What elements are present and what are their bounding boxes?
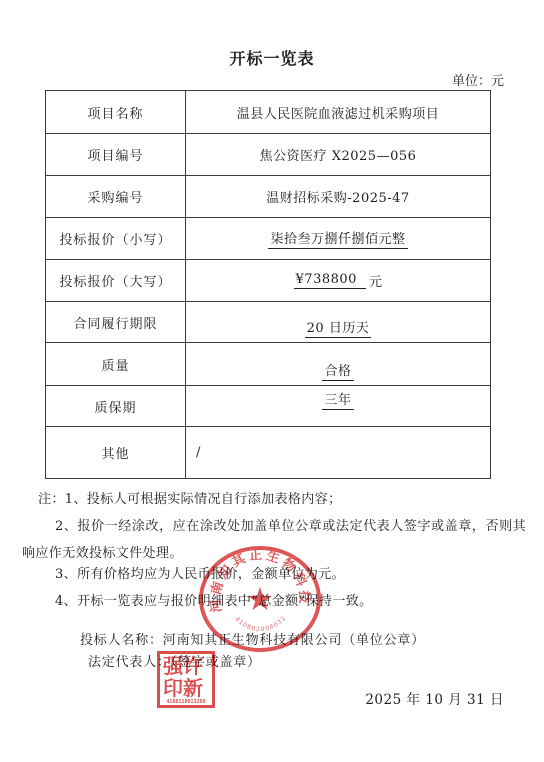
row-label-warranty: 质保期 [46,386,186,426]
note-line-2-continued: 响应作无效投标文件处理。 [22,542,183,561]
row-label-project-number: 项目编号 [46,134,186,175]
row-label-quality: 质量 [46,343,186,385]
row-label-bid-price-figures: 投标报价（大写） [46,260,186,301]
page-title: 开标一览表 [0,46,544,69]
name-seal-row-1: 强许 [160,655,212,677]
underlined-value: 合格 [322,360,353,381]
note-line-3: 3、所有价格均应为人民币报价，金额单位为元。 [55,563,345,582]
table-row: 质量 合格 [46,342,490,385]
table-row: 采购编号 温财招标采购-2025-47 [46,175,490,217]
row-value-quality: 合格 [186,343,490,385]
underlined-value: 三年 [322,389,353,410]
row-label-contract-period: 合同履行期限 [46,302,186,342]
row-label-project-name: 项目名称 [46,91,186,133]
row-value-bid-price-words: 柒拾叁万捌仟捌佰元整 [186,218,490,259]
name-seal-row-2: 印新 [160,677,212,699]
personal-name-seal-stamp: 强许 印新 4108110013208 [157,651,215,708]
table-row: 项目名称 温县人民医院血液滤过机采购项目 [46,91,490,133]
row-value-project-name: 温县人民医院血液滤过机采购项目 [186,91,490,133]
row-value-project-number: 焦公资医疗 X2025—056 [186,134,490,175]
underlined-value: 柒拾叁万捌仟捌佰元整 [268,228,407,249]
table-row: 质保期 三年 [46,385,490,426]
row-label-procurement-number: 采购编号 [46,176,186,217]
row-value-bid-price-figures: ¥738800 元 [186,260,490,301]
bid-summary-table: 项目名称 温县人民医院血液滤过机采购项目 项目编号 焦公资医疗 X2025—05… [45,90,491,479]
bidder-name-line: 投标人名称：河南知其正生物科技有限公司（单位公章） [80,629,425,648]
note-line-2: 2、报价一经涂改，应在涂改处加盖单位公章或法定代表人签字或盖章，否则其 [55,515,526,534]
row-value-warranty: 三年 [186,386,490,426]
table-row: 投标报价（大写） ¥738800 元 [46,259,490,301]
bid-opening-form-page: 开标一览表 单位：元 项目名称 温县人民医院血液滤过机采购项目 项目编号 焦公资… [0,0,544,762]
unit-note: 单位：元 [452,70,504,89]
note-line-1: 注：1、投标人可根据实际情况自行添加表格内容； [38,488,341,507]
table-row: 项目编号 焦公资医疗 X2025—056 [46,133,490,175]
row-value-contract-period: 20 日历天 [186,302,490,342]
seal-number: 4108820060327 [196,543,288,633]
row-label-other: 其他 [46,427,186,478]
bid-amount-unit: 元 [369,271,383,290]
table-row: 其他 / [46,426,490,478]
name-seal-number: 4108110013208 [160,699,212,705]
note-line-4: 4、开标一览表应与报价明细表中“总金额”保持一致。 [55,590,373,609]
row-value-other: / [186,427,490,478]
underlined-value: 20 日历天 [305,317,372,338]
table-row: 投标报价（小写） 柒拾叁万捌仟捌佰元整 [46,217,490,259]
bid-amount: ¥738800 [294,272,366,289]
document-date: 2025 年 10 月 31 日 [365,688,504,708]
row-value-procurement-number: 温财招标采购-2025-47 [186,176,490,217]
table-row: 合同履行期限 20 日历天 [46,301,490,342]
row-label-bid-price-words: 投标报价（小写） [46,218,186,259]
